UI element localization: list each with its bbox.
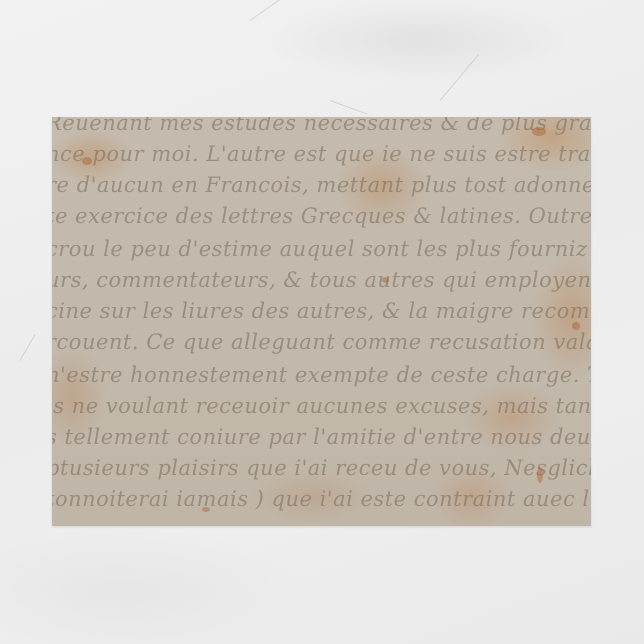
- marble-vein: [20, 334, 36, 360]
- rust-stain: [537, 467, 543, 483]
- script-line: re d'aucun en Francois, mettant plus tos…: [52, 173, 591, 197]
- marble-vein: [440, 54, 479, 101]
- script-line: cine sur les liures des autres, & la mai…: [52, 299, 591, 323]
- script-line: rcouent. Ce que alleguant comme recusati…: [52, 330, 591, 354]
- rust-stain: [82, 157, 92, 165]
- rust-stain: [572, 322, 580, 330]
- script-line: te exercice des lettres Grecques & latin…: [52, 204, 591, 228]
- script-line: crou le peu d'estime auquel sont les plu…: [52, 237, 588, 261]
- script-line: nce pour moi. L'autre est que ie ne suis…: [52, 142, 591, 166]
- postcard: Reuenant mes estudes necessaires & de pl…: [52, 117, 591, 526]
- script-line: Reuenant mes estudes necessaires & de pl…: [52, 117, 591, 135]
- script-line: n'estre honnestement exempte de ceste ch…: [52, 363, 591, 387]
- script-line: urs, commentateurs, & tous autres qui em…: [52, 268, 591, 292]
- rust-stain: [532, 127, 546, 136]
- script-line: ptusieurs plaisirs que i'ai receu de vou…: [52, 456, 591, 480]
- marble-vein: [330, 100, 368, 115]
- rust-stain: [382, 277, 389, 283]
- rust-stain: [202, 507, 210, 512]
- script-line: is ne voulant receuoir aucunes excuses, …: [52, 394, 591, 418]
- script-line: tonnoiterai iamais ) que i'ai este contr…: [52, 487, 591, 511]
- marble-vein: [250, 0, 316, 21]
- script-line: s tellement coniure par l'amitie d'entre…: [52, 425, 591, 449]
